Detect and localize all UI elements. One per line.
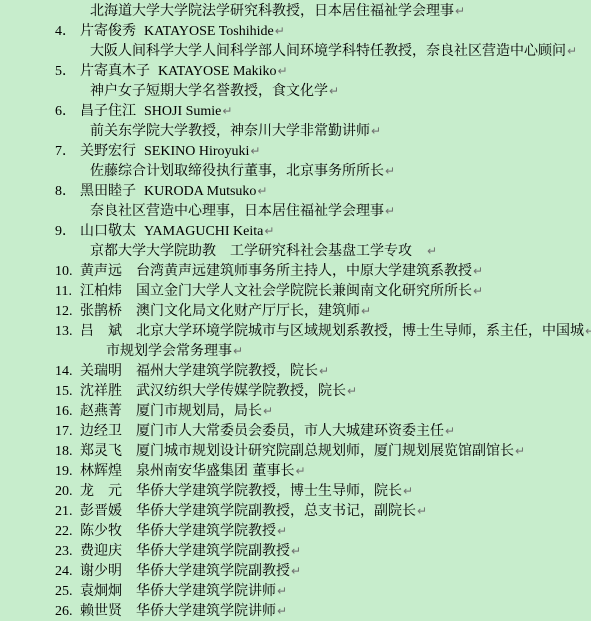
list-item-line: 6．昌子住江SHOJI Sumie↵: [0, 101, 591, 121]
list-item-line: 19.林辉煌泉州南安华盛集团 董事长↵: [0, 461, 591, 481]
paragraph-mark-icon: ↵: [347, 384, 357, 398]
paragraph-mark-icon: ↵: [361, 304, 371, 318]
item-number: 13.: [55, 322, 80, 342]
paragraph-mark-icon: ↵: [277, 604, 287, 618]
paragraph-mark-icon: ↵: [403, 484, 413, 498]
list-item-line: 12.张鹊桥澳门文化局文化财产厅厅长，建筑师↵: [0, 301, 591, 321]
paragraph-mark-icon: ↵: [371, 124, 381, 138]
person-name: 吕 斌: [80, 321, 128, 341]
paragraph-mark-icon: ↵: [385, 164, 395, 178]
person-name: 彭晋媛: [80, 501, 128, 521]
list-item-line: 15.沈祥胜武汉纺织大学传媒学院教授，院长↵: [0, 381, 591, 401]
affiliation-line: 北海道大学大学院法学研究科教授，日本居住福祉学会理事↵: [0, 1, 591, 21]
affiliation-text: 大阪人间科学大学人间科学部人间环境学科特任教授，奈良社区营造中心顾问: [90, 43, 566, 59]
paragraph-mark-icon: ↵: [233, 344, 243, 358]
person-affiliation: 华侨大学建筑学院讲师: [136, 603, 276, 619]
person-affiliation: 华侨大学建筑学院教授: [136, 523, 276, 539]
person-name: 陈少牧: [80, 521, 128, 541]
person-affiliation: 福州大学建筑学院教授，院长: [136, 363, 318, 379]
affiliation-text: 佐藤综合计划取缔役执行董事，北京事务所所长: [90, 163, 384, 179]
person-romanized-name: SEKINO Hiroyuki: [144, 144, 249, 159]
paragraph-mark-icon: ↵: [275, 24, 285, 38]
document-page: 北海道大学大学院法学研究科教授，日本居住福祉学会理事↵4．片寄俊秀KATAYOS…: [0, 0, 591, 621]
item-number: 18.: [55, 442, 80, 462]
person-name: 片寄俊秀: [80, 21, 136, 41]
person-name: 山口敬太: [80, 221, 136, 241]
paragraph-mark-icon: ↵: [257, 184, 267, 198]
item-number: 10.: [55, 262, 80, 282]
person-romanized-name: KATAYOSE Makiko: [158, 64, 277, 79]
item-number: 22.: [55, 522, 80, 542]
list-item-line: 13.吕 斌北京大学环境学院城市与区域规划系教授，博士生导师，系主任，中国城↵: [0, 321, 591, 341]
person-affiliation: 国立金门大学人文社会学院院长兼闽南文化研究所所长: [136, 283, 472, 299]
paragraph-mark-icon: ↵: [295, 464, 305, 478]
paragraph-mark-icon: ↵: [278, 64, 288, 78]
list-item-line: 21.彭晋媛华侨大学建筑学院副教授，总支书记，副院长↵: [0, 501, 591, 521]
person-romanized-name: YAMAGUCHI Keita: [144, 224, 263, 239]
person-affiliation: 华侨大学建筑学院副教授: [136, 543, 290, 559]
affiliation-text: 神户女子短期大学名誉教授，食文化学: [90, 83, 328, 99]
affiliation-text: 奈良社区营造中心理事，日本居住福祉学会理事: [90, 203, 384, 219]
paragraph-mark-icon: ↵: [385, 204, 395, 218]
person-affiliation: 台湾黄声远建筑师事务所主持人，中原大学建筑系教授: [136, 263, 472, 279]
wrapped-text-line: 市规划学会常务理事↵: [0, 341, 591, 361]
list-item-line: 23.费迎庆华侨大学建筑学院副教授↵: [0, 541, 591, 561]
person-name: 关瑞明: [80, 361, 128, 381]
item-number: 5．: [55, 62, 80, 82]
list-item-line: 14.关瑞明福州大学建筑学院教授，院长↵: [0, 361, 591, 381]
paragraph-mark-icon: ↵: [515, 444, 525, 458]
affiliation-text: 前关东学院大学教授，神奈川大学非常勤讲师: [90, 123, 370, 139]
person-affiliation: 华侨大学建筑学院副教授，总支书记，副院长: [136, 503, 416, 519]
item-number: 20.: [55, 482, 80, 502]
document-body: 北海道大学大学院法学研究科教授，日本居住福祉学会理事↵4．片寄俊秀KATAYOS…: [0, 1, 591, 621]
item-number: 24.: [55, 562, 80, 582]
person-name: 黑田睦子: [80, 181, 136, 201]
person-romanized-name: SHOJI Sumie: [144, 104, 221, 119]
person-affiliation: 华侨大学建筑学院教授，博士生导师，院长: [136, 483, 402, 499]
affiliation-text: 京都大学大学院助教 工学研究科社会基盘工学专攻: [90, 243, 426, 259]
person-name: 张鹊桥: [80, 301, 128, 321]
person-name: 昌子住江: [80, 101, 136, 121]
item-number: 9．: [55, 222, 80, 242]
person-romanized-name: KATAYOSE Toshihide: [144, 24, 274, 39]
affiliation-text: 北海道大学大学院法学研究科教授，日本居住福祉学会理事: [90, 3, 454, 19]
item-number: 26.: [55, 602, 80, 621]
paragraph-mark-icon: ↵: [277, 524, 287, 538]
list-item-line: 9．山口敬太YAMAGUCHI Keita↵: [0, 221, 591, 241]
item-number: 12.: [55, 302, 80, 322]
person-name: 林辉煌: [80, 461, 128, 481]
list-item-line: 7．关野宏行SEKINO Hiroyuki↵: [0, 141, 591, 161]
item-number: 6．: [55, 102, 80, 122]
item-number: 21.: [55, 502, 80, 522]
paragraph-mark-icon: ↵: [427, 244, 437, 258]
paragraph-mark-icon: ↵: [291, 564, 301, 578]
paragraph-mark-icon: ↵: [291, 544, 301, 558]
paragraph-mark-icon: ↵: [277, 584, 287, 598]
affiliation-line: 奈良社区营造中心理事，日本居住福祉学会理事↵: [0, 201, 591, 221]
paragraph-mark-icon: ↵: [250, 144, 260, 158]
affiliation-line: 前关东学院大学教授，神奈川大学非常勤讲师↵: [0, 121, 591, 141]
list-item-line: 22.陈少牧华侨大学建筑学院教授↵: [0, 521, 591, 541]
item-number: 8．: [55, 182, 80, 202]
list-item-line: 5．片寄真木子KATAYOSE Makiko↵: [0, 61, 591, 81]
paragraph-mark-icon: ↵: [329, 84, 339, 98]
person-name: 袁炯炯: [80, 581, 128, 601]
paragraph-mark-icon: ↵: [445, 424, 455, 438]
person-name: 赖世贤: [80, 601, 128, 621]
person-name: 费迎庆: [80, 541, 128, 561]
person-affiliation: 泉州南安华盛集团 董事长: [136, 463, 294, 479]
list-item-line: 4．片寄俊秀KATAYOSE Toshihide↵: [0, 21, 591, 41]
paragraph-mark-icon: ↵: [585, 324, 591, 338]
paragraph-mark-icon: ↵: [455, 4, 465, 18]
person-name: 江柏炜: [80, 281, 128, 301]
affiliation-line: 京都大学大学院助教 工学研究科社会基盘工学专攻 ↵: [0, 241, 591, 261]
list-item-line: 11.江柏炜国立金门大学人文社会学院院长兼闽南文化研究所所长↵: [0, 281, 591, 301]
paragraph-mark-icon: ↵: [263, 404, 273, 418]
affiliation-line: 大阪人间科学大学人间科学部人间环境学科特任教授，奈良社区营造中心顾问↵: [0, 41, 591, 61]
item-number: 4．: [55, 22, 80, 42]
person-affiliation: 华侨大学建筑学院讲师: [136, 583, 276, 599]
item-number: 14.: [55, 362, 80, 382]
item-number: 16.: [55, 402, 80, 422]
item-number: 17.: [55, 422, 80, 442]
affiliation-line: 佐藤综合计划取缔役执行董事，北京事务所所长↵: [0, 161, 591, 181]
person-name: 龙 元: [80, 481, 128, 501]
paragraph-mark-icon: ↵: [319, 364, 329, 378]
list-item-line: 24.谢少明华侨大学建筑学院副教授↵: [0, 561, 591, 581]
paragraph-mark-icon: ↵: [222, 104, 232, 118]
item-number: 25.: [55, 582, 80, 602]
person-name: 郑灵飞: [80, 441, 128, 461]
person-name: 关野宏行: [80, 141, 136, 161]
list-item-line: 10.黄声远台湾黄声远建筑师事务所主持人，中原大学建筑系教授↵: [0, 261, 591, 281]
item-number: 23.: [55, 542, 80, 562]
item-number: 15.: [55, 382, 80, 402]
person-name: 沈祥胜: [80, 381, 128, 401]
affiliation-line: 神户女子短期大学名誉教授，食文化学↵: [0, 81, 591, 101]
person-affiliation: 厦门城市规划设计研究院副总规划师，厦门规划展览馆副馆长: [136, 443, 514, 459]
person-affiliation: 厦门市规划局，局长: [136, 403, 262, 419]
paragraph-mark-icon: ↵: [567, 44, 577, 58]
person-name: 黄声远: [80, 261, 128, 281]
person-affiliation: 武汉纺织大学传媒学院教授，院长: [136, 383, 346, 399]
person-name: 边经卫: [80, 421, 128, 441]
list-item-line: 8．黑田睦子KURODA Mutsuko↵: [0, 181, 591, 201]
list-item-line: 20.龙 元华侨大学建筑学院教授，博士生导师，院长↵: [0, 481, 591, 501]
item-number: 7．: [55, 142, 80, 162]
paragraph-mark-icon: ↵: [473, 284, 483, 298]
item-number: 19.: [55, 462, 80, 482]
list-item-line: 26.赖世贤华侨大学建筑学院讲师↵: [0, 601, 591, 621]
person-affiliation: 澳门文化局文化财产厅厅长，建筑师: [136, 303, 360, 319]
list-item-line: 25.袁炯炯华侨大学建筑学院讲师↵: [0, 581, 591, 601]
list-item-line: 16.赵燕菁厦门市规划局，局长↵: [0, 401, 591, 421]
paragraph-mark-icon: ↵: [417, 504, 427, 518]
paragraph-mark-icon: ↵: [473, 264, 483, 278]
wrapped-text: 市规划学会常务理事: [106, 343, 232, 359]
person-name: 谢少明: [80, 561, 128, 581]
person-name: 片寄真木子: [80, 61, 150, 81]
person-name: 赵燕菁: [80, 401, 128, 421]
person-affiliation: 北京大学环境学院城市与区域规划系教授，博士生导师，系主任，中国城: [136, 323, 584, 339]
list-item-line: 17.边经卫厦门市人大常委员会委员，市人大城建环资委主任↵: [0, 421, 591, 441]
paragraph-mark-icon: ↵: [264, 224, 274, 238]
item-number: 11.: [55, 282, 80, 302]
person-affiliation: 厦门市人大常委员会委员，市人大城建环资委主任: [136, 423, 444, 439]
list-item-line: 18.郑灵飞厦门城市规划设计研究院副总规划师，厦门规划展览馆副馆长↵: [0, 441, 591, 461]
person-romanized-name: KURODA Mutsuko: [144, 184, 256, 199]
person-affiliation: 华侨大学建筑学院副教授: [136, 563, 290, 579]
